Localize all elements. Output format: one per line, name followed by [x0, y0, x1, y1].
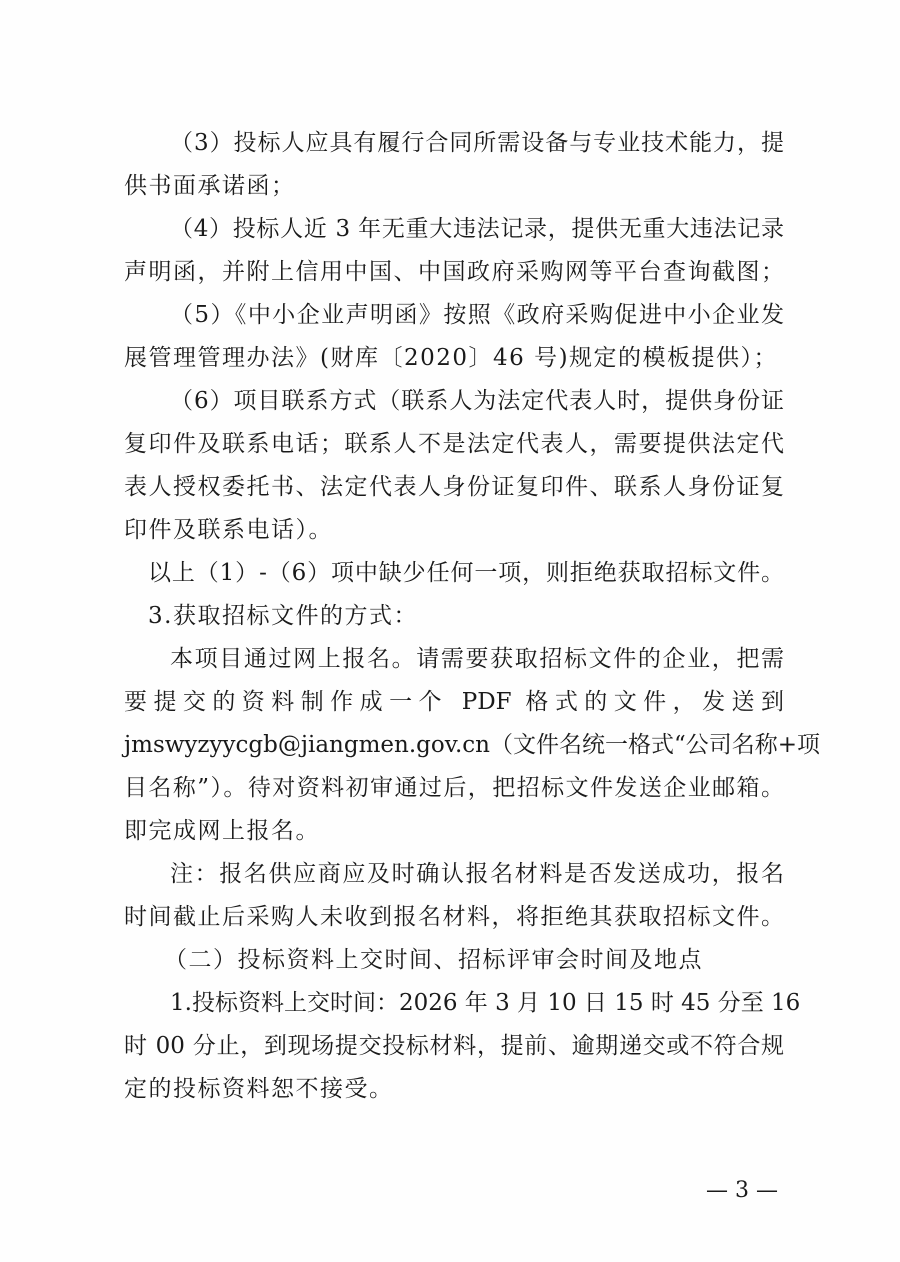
- online-registration-line-5: 即完成网上报名。: [124, 816, 784, 846]
- item-4-line-2: 声明函，并附上信用中国、中国政府采购网等平台查询截图；: [124, 257, 784, 287]
- online-registration-line-2: 要提交的资料制作成一个 PDF 格式的文件，发送到: [124, 687, 784, 717]
- section-3-heading: 3.获取招标文件的方式：: [148, 601, 784, 631]
- item-5-line-1: （5）《中小企业声明函》按照《政府采购促进中小企业发: [170, 300, 784, 330]
- section-2-heading: （二）投标资料上交时间、招标评审会时间及地点: [164, 945, 778, 975]
- item-6-line-1: （6）项目联系方式（联系人为法定代表人时，提供身份证: [170, 386, 784, 416]
- submission-time-line-1: 1.投标资料上交时间：2026 年 3 月 10 日 15 时 45 分至 16: [170, 988, 784, 1018]
- item-6-line-3: 表人授权委托书、法定代表人身份证复印件、联系人身份证复: [124, 472, 784, 502]
- online-registration-line-1: 本项目通过网上报名。请需要获取招标文件的企业，把需: [170, 644, 784, 674]
- item-3-line-2: 供书面承诺函；: [124, 171, 784, 201]
- submission-time-line-3: 定的投标资料恕不接受。: [124, 1074, 784, 1104]
- page-number: — 3 —: [706, 1176, 778, 1206]
- online-registration-line-3-email[interactable]: jmswyzyycgb@jiangmen.gov.cn（文件名统一格式“公司名称…: [124, 730, 784, 760]
- submission-time-line-2: 时 00 分止，到现场提交投标材料，提前、逾期递交或不符合规: [124, 1031, 784, 1061]
- online-registration-line-4: 目名称”）。待对资料初审通过后，把招标文件发送企业邮箱。: [124, 773, 784, 803]
- item-6-line-4: 印件及联系电话）。: [124, 515, 784, 545]
- item-6-line-2: 复印件及联系电话；联系人不是法定代表人，需要提供法定代: [124, 429, 784, 459]
- missing-items-note: 以上（1）-（6）项中缺少任何一项，则拒绝获取招标文件。: [148, 558, 784, 588]
- note-line-1: 注：报名供应商应及时确认报名材料是否发送成功，报名: [170, 859, 784, 889]
- item-3-line-1: （3）投标人应具有履行合同所需设备与专业技术能力，提: [170, 128, 784, 158]
- note-line-2: 时间截止后采购人未收到报名材料，将拒绝其获取招标文件。: [124, 902, 784, 932]
- item-5-line-2: 展管理管理办法》(财库〔2020〕46 号)规定的模板提供）；: [124, 343, 784, 373]
- document-page: （3）投标人应具有履行合同所需设备与专业技术能力，提 供书面承诺函； （4）投标…: [0, 0, 900, 1262]
- item-4-line-1: （4）投标人近 3 年无重大违法记录，提供无重大违法记录: [170, 214, 784, 244]
